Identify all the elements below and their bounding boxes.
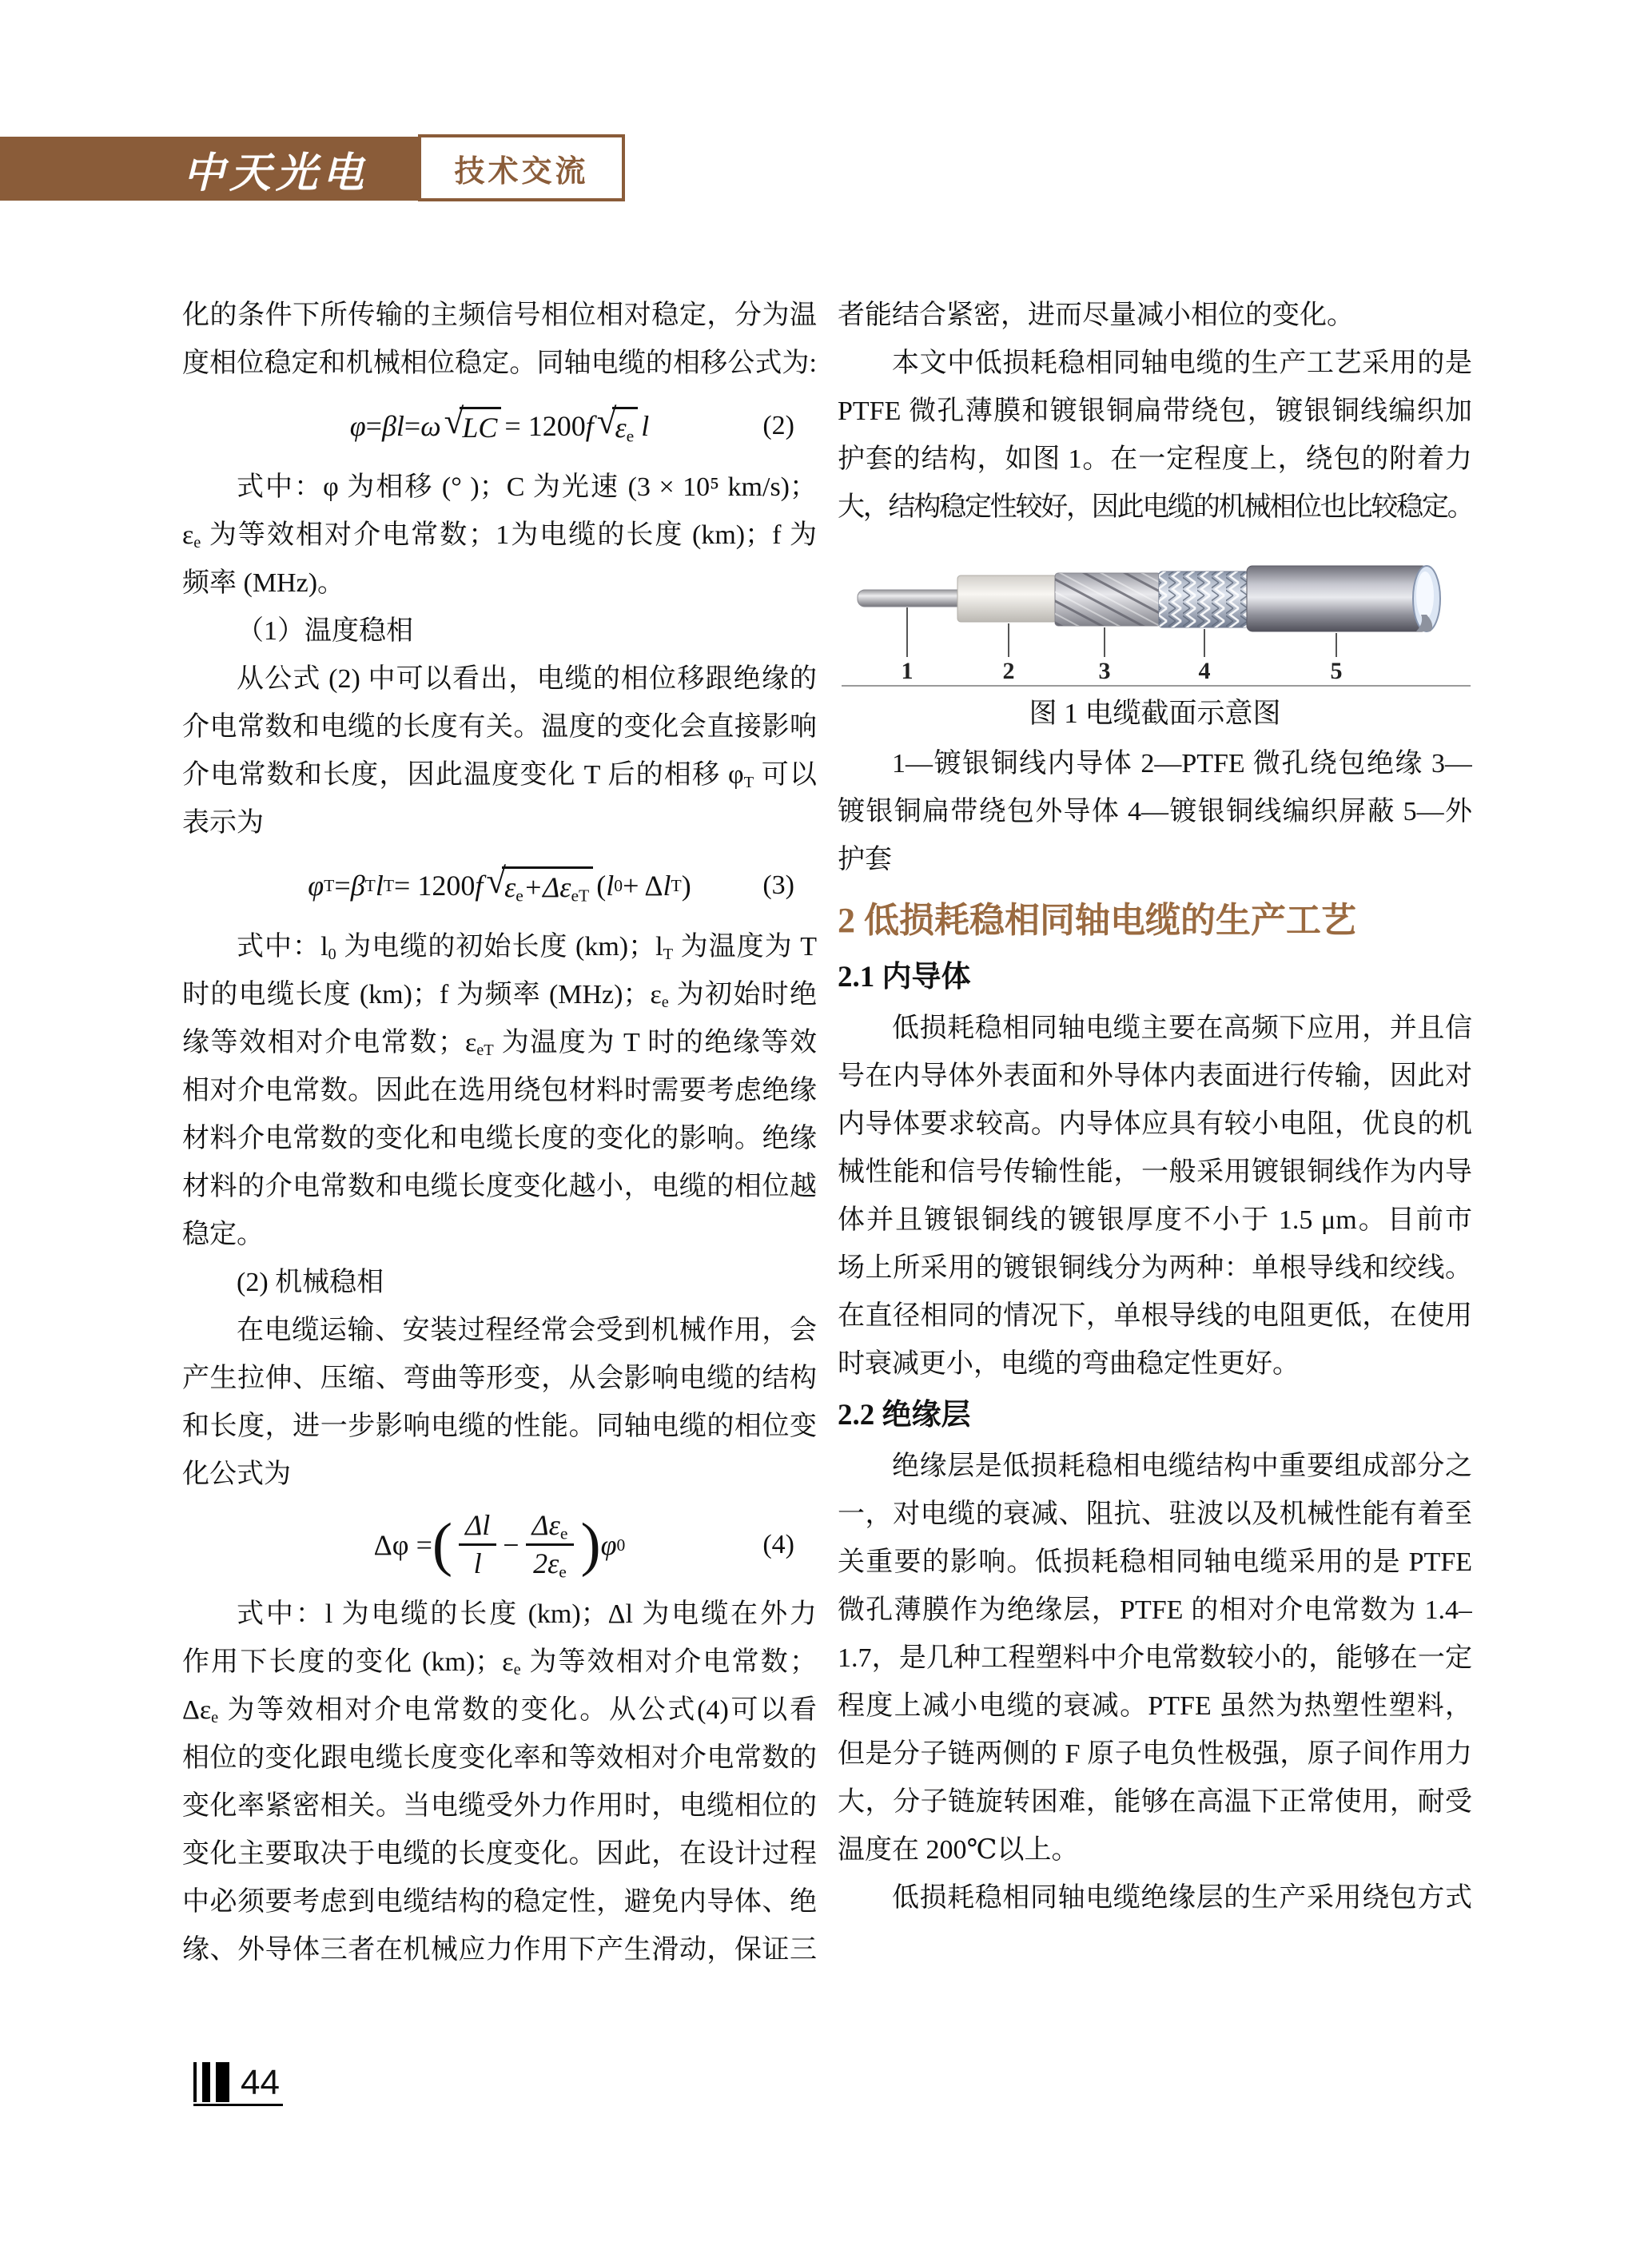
text-line: 频率 (MHz)。 xyxy=(182,560,817,607)
text-line: 稳定。 xyxy=(182,1211,817,1259)
text-line: 低损耗稳相同轴电缆绝缘层的生产采用绕包方式 xyxy=(838,1874,1472,1922)
left-column: 化的条件下所传输的主频信号相位相对稳定，分为温 度相位稳定和机械相位稳定。同轴电… xyxy=(182,292,817,1974)
text-line: 号在内导体外表面和外导体内表面进行传输，因此对 xyxy=(838,1053,1472,1101)
text-line: 中必须要考虑到电缆结构的稳定性，避免内导体、绝 xyxy=(182,1878,817,1926)
text-line: Δεe 为等效相对介电常数的变化。从公式(4)可以看出， xyxy=(182,1686,817,1734)
cable-figure: 1 2 3 4 5 xyxy=(838,532,1472,687)
figure-label-5: 5 xyxy=(1331,658,1343,684)
sqrt: √εe xyxy=(597,407,638,444)
text-line: εe 为等效相对介电常数；1为电缆的长度 (km)；f 为 xyxy=(182,512,817,560)
text-line: 化公式为 xyxy=(182,1451,817,1499)
header-brand-bar: 中天光电 xyxy=(0,137,418,201)
figure-labels: 1 2 3 4 5 xyxy=(902,658,1343,684)
figure-legend-line: 镀银铜扁带绕包外导体 4—镀银铜线编织屏蔽 5—外 xyxy=(838,788,1472,836)
fraction: Δεe2εe xyxy=(526,1509,575,1581)
text-line: 程度上减小电缆的衰减。PTFE 虽然为热塑性塑料， xyxy=(838,1682,1472,1730)
text-line: 介电常数和长度，因此温度变化 T 后的相移 φT 可以 xyxy=(182,751,817,799)
fraction: Δll xyxy=(459,1509,496,1581)
text-line: 缘、外导体三者在机械应力作用下产生滑动，保证三 xyxy=(182,1926,817,1974)
text-line: 体并且镀银铜线的镀银厚度不小于 1.5 μm。目前市 xyxy=(838,1197,1472,1244)
section-heading-2: 2 低损耗稳相同轴电缆的生产工艺 xyxy=(838,890,1472,950)
figure-legend-line: 护套 xyxy=(838,836,1472,884)
radical-sign: √ xyxy=(486,863,506,899)
sqrt: √εe+ΔεeT xyxy=(486,866,593,904)
text-line: 低损耗稳相同轴电缆主要在高频下应用，并且信 xyxy=(838,1005,1472,1053)
sqrt: √LC xyxy=(444,407,502,444)
layer-dielectric xyxy=(957,575,1057,622)
text-line: 但是分子链两侧的 F 原子电负性极强，原子间作用力 xyxy=(838,1730,1472,1778)
text-line: 式中：l0 为电缆的初始长度 (km)；lT 为温度为 T xyxy=(182,923,817,971)
section-heading-2-1: 2.1 内导体 xyxy=(838,950,1472,1005)
text-line: 作用下长度的变化 (km)；εe 为等效相对介电常数； xyxy=(182,1639,817,1686)
equation-2: φ = βl = ω√LC = 1200f√εel (2) xyxy=(182,388,817,464)
equation-number: (2) xyxy=(762,411,794,441)
text-line: 者能结合紧密，进而尽量减小相位的变化。 xyxy=(838,292,1472,340)
text-line: 在直径相同的情况下，单根导线的电阻更低，在使用 xyxy=(838,1292,1472,1340)
text-line: 时衰减更小，电缆的弯曲稳定性更好。 xyxy=(838,1340,1472,1388)
text-line: 和长度，进一步影响电缆的性能。同轴电缆的相位变 xyxy=(182,1403,817,1451)
figure-label-4: 4 xyxy=(1199,658,1211,684)
text-line: 1.7，是几种工程塑料中介电常数较小的，能够在一定 xyxy=(838,1635,1472,1682)
figure-label-1: 1 xyxy=(902,658,914,684)
layer-braid-shield xyxy=(1159,571,1248,627)
layer-tape-wrap xyxy=(1055,573,1160,626)
equation-number: (3) xyxy=(762,870,794,901)
text-line: 关重要的影响。低损耗稳相同轴电缆采用的是 PTFE xyxy=(838,1539,1472,1587)
figure-label-3: 3 xyxy=(1099,658,1111,684)
text-line: 介电常数和电缆的长度有关。温度的变化会直接影响 xyxy=(182,703,817,751)
text-line: 时的电缆长度 (km)；f 为频率 (MHz)；εe 为初始时绝 xyxy=(182,971,817,1019)
journal-page: 中天光电 技术交流 化的条件下所传输的主频信号相位相对稳定，分为温 度相位稳定和… xyxy=(0,0,1652,2242)
text-line: PTFE 微孔薄膜和镀银铜扁带绕包，镀银铜线编织加外 xyxy=(838,388,1472,436)
text-line: 材料的介电常数和电缆长度变化越小，电缆的相位越 xyxy=(182,1163,817,1211)
text-line: 度相位稳定和机械相位稳定。同轴电缆的相移公式为: xyxy=(182,340,817,388)
equation-number: (4) xyxy=(762,1530,794,1560)
equation-3: φT = βTlT = 1200f√εe+ΔεeT(l0 + ΔlT) (3) xyxy=(182,847,817,923)
text-line: (2) 机械稳相 xyxy=(182,1259,817,1307)
text-line: 绝缘层是低损耗稳相电缆结构中重要组成部分之 xyxy=(838,1443,1472,1491)
text-line: 在电缆运输、安装过程经常会受到机械作用，会 xyxy=(182,1307,817,1355)
text-line: 变化率紧密相关。当电缆受外力作用时，电缆相位的 xyxy=(182,1782,817,1830)
figure-legend-line: 1—镀银铜线内导体 2—PTFE 微孔绕包绝缘 3— xyxy=(838,740,1472,788)
text-line: 内导体要求较高。内导体应具有较小电阻，优良的机 xyxy=(838,1101,1472,1149)
text-line: 一，对电缆的衰减、阻抗、驻波以及机械性能有着至 xyxy=(838,1491,1472,1539)
footer-rule xyxy=(193,2104,283,2106)
text-line: 材料介电常数的变化和电缆长度的变化的影响。绝缘 xyxy=(182,1115,817,1163)
section-heading-2-2: 2.2 绝缘层 xyxy=(838,1388,1472,1443)
section-tag-box: 技术交流 xyxy=(418,134,625,201)
text-line: 表示为 xyxy=(182,799,817,847)
text-line: 大，分子链旋转困难，能够在高温下正常使用，耐受 xyxy=(838,1778,1472,1826)
text-line: 化的条件下所传输的主频信号相位相对稳定，分为温 xyxy=(182,292,817,340)
text-line: 场上所采用的镀银铜线分为两种：单根导线和绞线。 xyxy=(838,1244,1472,1292)
radical-sign: √ xyxy=(597,404,617,440)
layer-inner-conductor xyxy=(858,590,965,607)
text-line: 缘等效相对介电常数；εeT 为温度为 T 时的绝缘等效 xyxy=(182,1019,817,1067)
text-line: 变化主要取决于电缆的长度变化。因此，在设计过程 xyxy=(182,1830,817,1878)
text-line: 本文中低损耗稳相同轴电缆的生产工艺采用的是 xyxy=(838,340,1472,388)
text-line: 械性能和信号传输性能，一般采用镀银铜线作为内导 xyxy=(838,1149,1472,1197)
radical-sign: √ xyxy=(444,404,464,440)
text-line: 从公式 (2) 中可以看出，电缆的相位移跟绝缘的 xyxy=(182,655,817,703)
text-line: 温度在 200℃以上。 xyxy=(838,1826,1472,1874)
text-line: 护套的结构，如图 1。在一定程度上，绕包的附着力较 xyxy=(838,436,1472,484)
text-line: 相位的变化跟电缆长度变化率和等效相对介电常数的 xyxy=(182,1734,817,1782)
text-line: 相对介电常数。因此在选用绕包材料时需要考虑绝缘 xyxy=(182,1067,817,1115)
right-column: 者能结合紧密，进而尽量减小相位的变化。 本文中低损耗稳相同轴电缆的生产工艺采用的… xyxy=(838,292,1472,1922)
brand-logo: 中天光电 xyxy=(183,139,368,199)
text-line: 产生拉伸、压缩、弯曲等形变，从会影响电缆的结构 xyxy=(182,1355,817,1403)
text-line: 大，结构稳定性较好，因此电缆的机械相位也比较稳定。 xyxy=(838,484,1472,532)
figure-label-2: 2 xyxy=(1003,658,1015,684)
cable-cutaway-illustration: 1 2 3 4 5 xyxy=(838,532,1472,687)
figure-caption: 图 1 电缆截面示意图 xyxy=(838,687,1472,740)
page-number: 44 xyxy=(241,2064,280,2102)
section-tag-label: 技术交流 xyxy=(454,146,588,190)
page-footer: 44 xyxy=(193,2062,280,2102)
text-line: 微孔薄膜作为绝缘层，PTFE 的相对介电常数为 1.4– xyxy=(838,1587,1472,1635)
text-line: （1）温度稳相 xyxy=(182,607,817,655)
text-line: 式中：l 为电缆的长度 (km)；Δl 为电缆在外力 xyxy=(182,1591,817,1639)
text-line: 式中：φ 为相移 (° )；C 为光速 (3 × 10⁵ km/s)； xyxy=(182,464,817,512)
equation-4: Δφ = (Δll−Δεe2εe) φ0 (4) xyxy=(182,1499,817,1591)
footer-bars-icon xyxy=(193,2062,229,2102)
layer-outer-jacket xyxy=(1247,566,1440,631)
